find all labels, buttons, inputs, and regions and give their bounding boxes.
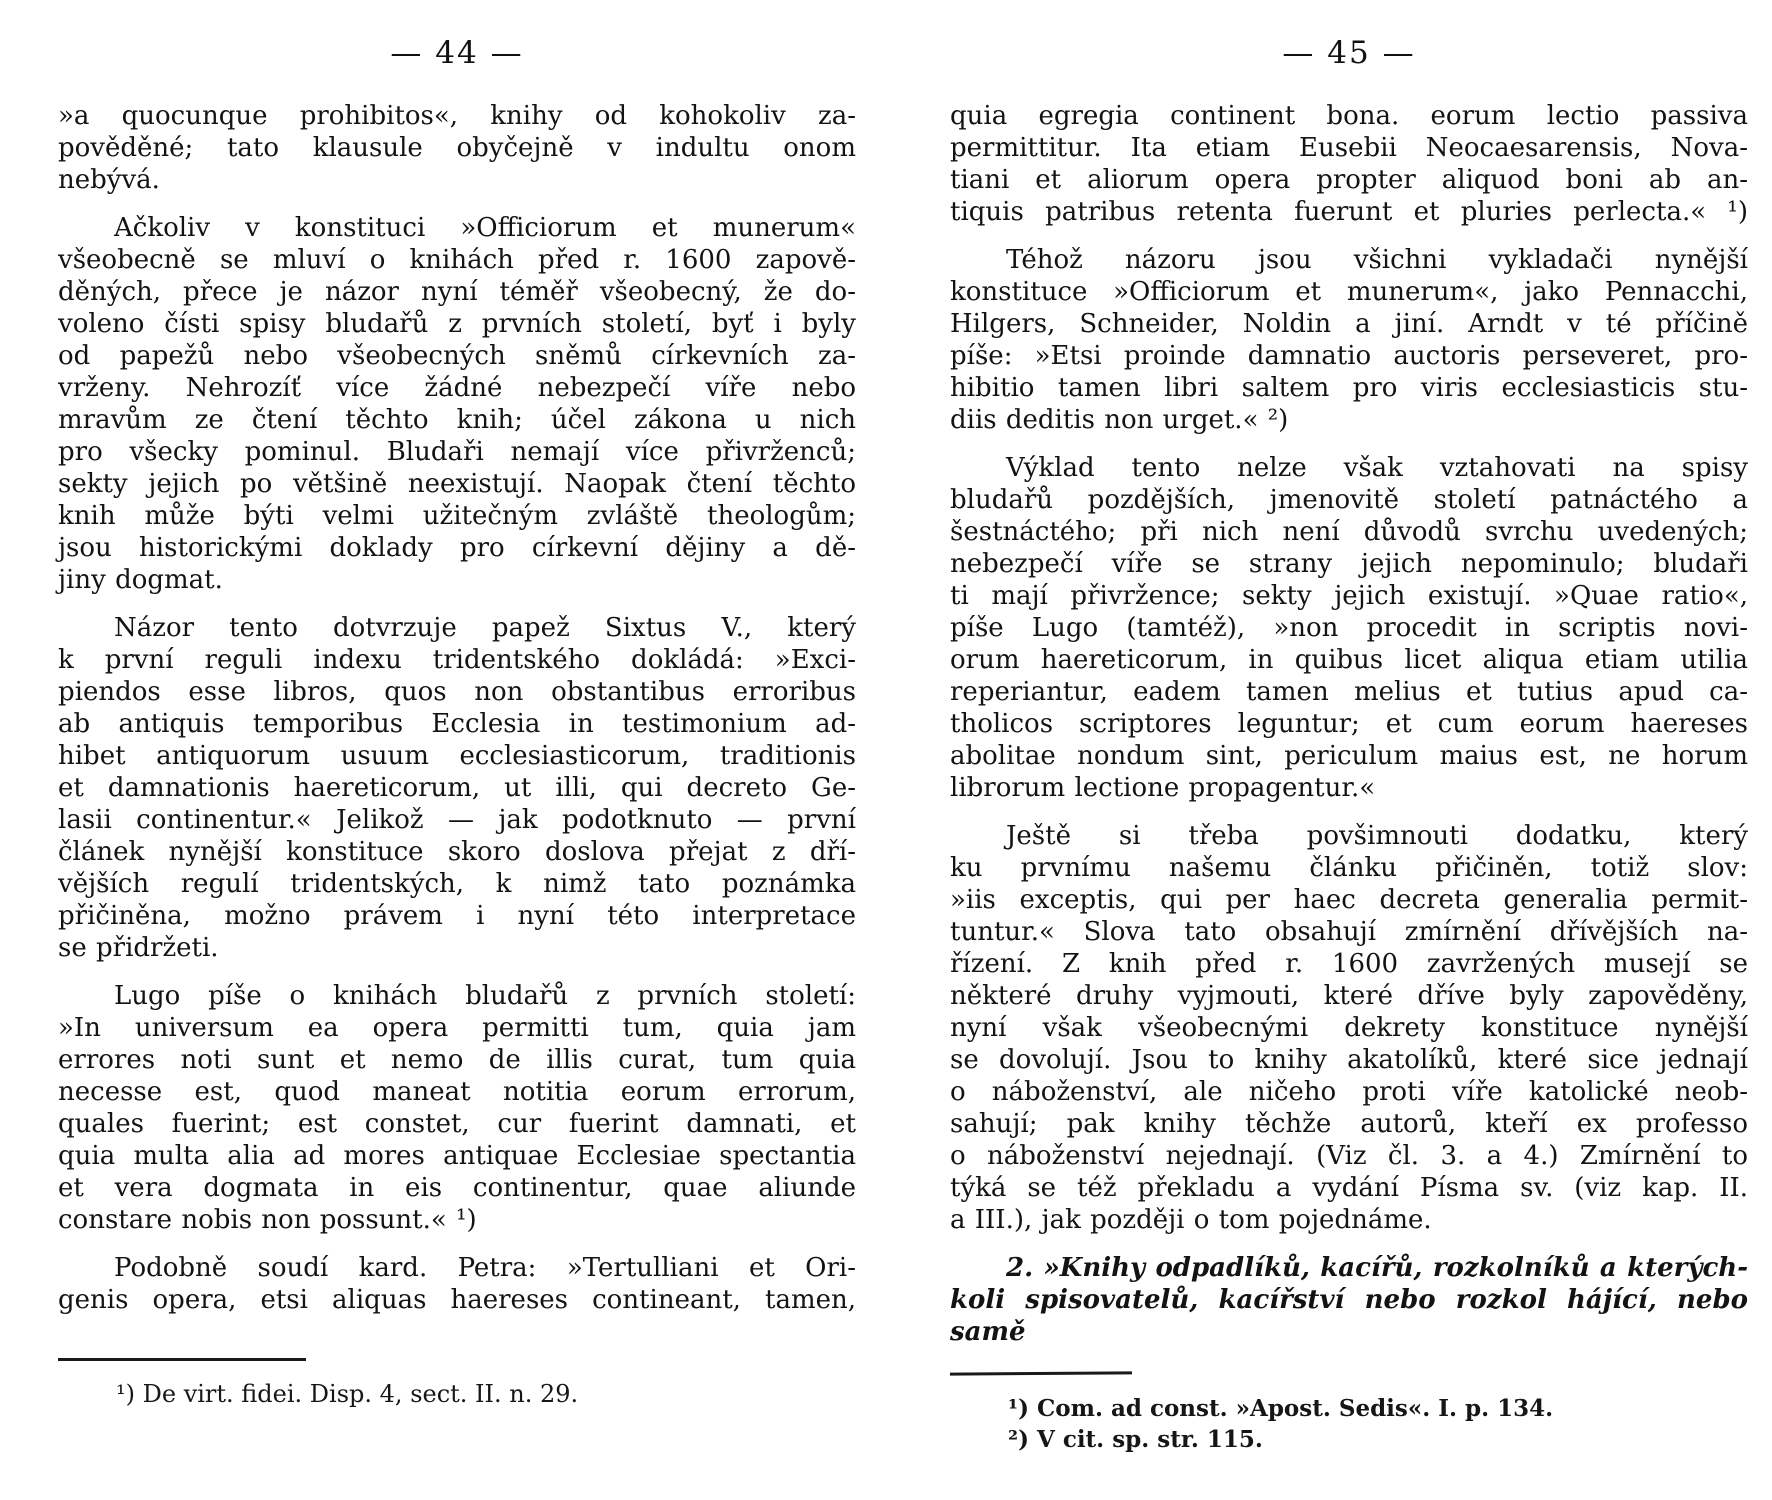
text-line: Podobně soudí kard. Petra: »Tertulliani …: [58, 1252, 856, 1284]
footnote: ¹) De virt. fidei. Disp. 4, sect. II. n.…: [116, 1379, 856, 1410]
text-line: tholicos scriptores leguntur; et cum eor…: [950, 708, 1748, 740]
text-line: všeobecně se mluví o knihách před r. 160…: [58, 244, 856, 276]
text-line: mravům ze čtení těchto knih; účel zákona…: [58, 404, 856, 436]
text-line: některé druhy vyjmouti, které dříve byly…: [950, 980, 1748, 1012]
text-line: vrženy. Nehrozíť více žádné nebezpečí ví…: [58, 372, 856, 404]
page-45-footnotes: ¹) Com. ad const. »Apost. Sedis«. I. p. …: [950, 1393, 1748, 1455]
text-line: píše: »Etsi proinde damnatio auctoris pe…: [950, 340, 1748, 372]
page-44: — 44 — »a quocunque prohibitos«, knihy o…: [0, 0, 886, 1500]
text-line: voleno čísti spisy bludařů z prvních sto…: [58, 308, 856, 340]
page-45-body: quia egregia continent bona. eorum lecti…: [950, 100, 1748, 1348]
text-line: hibet antiquorum usuum ecclesiasticorum,…: [58, 740, 856, 772]
page-number-right: — 45 —: [950, 34, 1748, 72]
paragraph: Výklad tento nelze však vztahovati na sp…: [950, 452, 1748, 804]
text-line: pro všecky pominul. Bludaři nemají více …: [58, 436, 856, 468]
text-line: necesse est, quod maneat notitia eorum e…: [58, 1076, 856, 1108]
text-line: vějších regulí tridentských, k nimž tato…: [58, 868, 856, 900]
text-line: jiny dogmat.: [58, 564, 856, 596]
text-line: přičiněna, možno právem i nyní této inte…: [58, 900, 856, 932]
text-line: Téhož názoru jsou všichni vykladači nyně…: [950, 244, 1748, 276]
text-line: errores noti sunt et nemo de illis curat…: [58, 1044, 856, 1076]
text-line: quia egregia continent bona. eorum lecti…: [950, 100, 1748, 132]
text-line: tiquis patribus retenta fuerunt et pluri…: [950, 196, 1748, 228]
text-line: sahují; pak knihy těchže autorů, kteří e…: [950, 1108, 1748, 1140]
text-line: constare nobis non possunt.« ¹): [58, 1204, 856, 1236]
text-line: tuntur.« Slova tato obsahují zmírnění dř…: [950, 916, 1748, 948]
text-line: ku prvnímu našemu článku přičiněn, totiž…: [950, 852, 1748, 884]
footnote: ²) V cit. sp. str. 115.: [1008, 1424, 1748, 1455]
footnote-separator-left: [58, 1358, 306, 1361]
text-line: se dovolují. Jsou to knihy akatolíků, kt…: [950, 1044, 1748, 1076]
page-number-left: — 44 —: [58, 34, 856, 72]
text-line: tiani et aliorum opera propter aliquod b…: [950, 164, 1748, 196]
text-line: »iis exceptis, qui per haec decreta gene…: [950, 884, 1748, 916]
text-line: nebývá.: [58, 164, 856, 196]
text-line: »In universum ea opera permitti tum, qui…: [58, 1012, 856, 1044]
text-line: Ačkoliv v konstituci »Officiorum et mune…: [58, 212, 856, 244]
text-line: a III.), jak později o tom pojednáme.: [950, 1204, 1748, 1236]
text-line: řízení. Z knih před r. 1600 zavržených m…: [950, 948, 1748, 980]
text-line: o náboženství nejednají. (Viz čl. 3. a 4…: [950, 1140, 1748, 1172]
text-line: lasii continentur.« Jelikož — jak podotk…: [58, 804, 856, 836]
text-line: šestnáctého; při nich není důvodů svrchu…: [950, 516, 1748, 548]
text-line: et vera dogmata in eis continentur, quae…: [58, 1172, 856, 1204]
paragraph: Podobně soudí kard. Petra: »Tertulliani …: [58, 1252, 856, 1316]
text-line: článek nynější konstituce skoro doslova …: [58, 836, 856, 868]
text-line: quales fuerint; est constet, cur fuerint…: [58, 1108, 856, 1140]
text-line: permittitur. Ita etiam Eusebii Neocaesar…: [950, 132, 1748, 164]
text-line: Hilgers, Schneider, Noldin a jiní. Arndt…: [950, 308, 1748, 340]
text-line: abolitae nondum sint, periculum maius es…: [950, 740, 1748, 772]
footnote-separator-right: [950, 1371, 1132, 1375]
paragraph: 2. »Knihy odpadlíků, kacířů, rozkolníků …: [950, 1252, 1748, 1348]
text-line: hibitio tamen libri saltem pro viris ecc…: [950, 372, 1748, 404]
text-line: k první reguli indexu tridentského doklá…: [58, 644, 856, 676]
text-line: nyní však všeobecnými dekrety konstituce…: [950, 1012, 1748, 1044]
text-line: nebezpečí víře se strany jejich nepominu…: [950, 548, 1748, 580]
footnote: ¹) Com. ad const. »Apost. Sedis«. I. p. …: [1008, 1393, 1748, 1424]
book-scan-spread: — 44 — »a quocunque prohibitos«, knihy o…: [0, 0, 1772, 1500]
text-line: od papežů nebo všeobecných sněmů církevn…: [58, 340, 856, 372]
text-line: knih může býti velmi užitečným zvláště t…: [58, 500, 856, 532]
text-line: diis deditis non urget.« ²): [950, 404, 1748, 436]
text-line: Lugo píše o knihách bludařů z prvních st…: [58, 980, 856, 1012]
paragraph: Ještě si třeba povšimnouti dodatku, kter…: [950, 820, 1748, 1236]
text-line: o náboženství, ale ničeho proti víře kat…: [950, 1076, 1748, 1108]
text-line: piendos esse libros, quos non obstantibu…: [58, 676, 856, 708]
text-line: se přidržeti.: [58, 932, 856, 964]
text-line: Výklad tento nelze však vztahovati na sp…: [950, 452, 1748, 484]
text-line: sekty jejich po většině neexistují. Naop…: [58, 468, 856, 500]
text-line: genis opera, etsi aliquas haereses conti…: [58, 1284, 856, 1316]
text-line: píše Lugo (tamtéž), »non procedit in scr…: [950, 612, 1748, 644]
text-line: týká se též překladu a vydání Písma sv. …: [950, 1172, 1748, 1204]
page-45: — 45 — quia egregia continent bona. eoru…: [886, 0, 1772, 1500]
paragraph: Názor tento dotvrzuje papež Sixtus V., k…: [58, 612, 856, 964]
text-line: ab antiquis temporibus Ecclesia in testi…: [58, 708, 856, 740]
text-line: quia multa alia ad mores antiquae Eccles…: [58, 1140, 856, 1172]
text-line: konstituce »Officiorum et munerum«, jako…: [950, 276, 1748, 308]
text-line: bludařů pozdějších, jmenovitě století pa…: [950, 484, 1748, 516]
paragraph: Téhož názoru jsou všichni vykladači nyně…: [950, 244, 1748, 436]
text-line: orum haereticorum, in quibus licet aliqu…: [950, 644, 1748, 676]
paragraph: quia egregia continent bona. eorum lecti…: [950, 100, 1748, 228]
page-44-body: »a quocunque prohibitos«, knihy od kohok…: [58, 100, 856, 1316]
text-line: pověděné; tato klausule obyčejně v indul…: [58, 132, 856, 164]
text-line: »a quocunque prohibitos«, knihy od kohok…: [58, 100, 856, 132]
text-line: reperiantur, eadem tamen melius et tutiu…: [950, 676, 1748, 708]
text-line: koli spisovatelů, kacířství nebo rozkol …: [950, 1284, 1748, 1348]
paragraph: Lugo píše o knihách bludařů z prvních st…: [58, 980, 856, 1236]
text-line: et damnationis haereticorum, ut illi, qu…: [58, 772, 856, 804]
paragraph: »a quocunque prohibitos«, knihy od kohok…: [58, 100, 856, 196]
text-line: děných, přece je názor nyní téměř všeobe…: [58, 276, 856, 308]
paragraph: Ačkoliv v konstituci »Officiorum et mune…: [58, 212, 856, 596]
text-line: jsou historickými doklady pro církevní d…: [58, 532, 856, 564]
text-line: ti mají přivržence; sekty jejich existuj…: [950, 580, 1748, 612]
page-44-footnotes: ¹) De virt. fidei. Disp. 4, sect. II. n.…: [58, 1379, 856, 1410]
text-line: Názor tento dotvrzuje papež Sixtus V., k…: [58, 612, 856, 644]
text-line: 2. »Knihy odpadlíků, kacířů, rozkolníků …: [950, 1252, 1748, 1284]
text-line: librorum lectione propagentur.«: [950, 772, 1748, 804]
text-line: Ještě si třeba povšimnouti dodatku, kter…: [950, 820, 1748, 852]
